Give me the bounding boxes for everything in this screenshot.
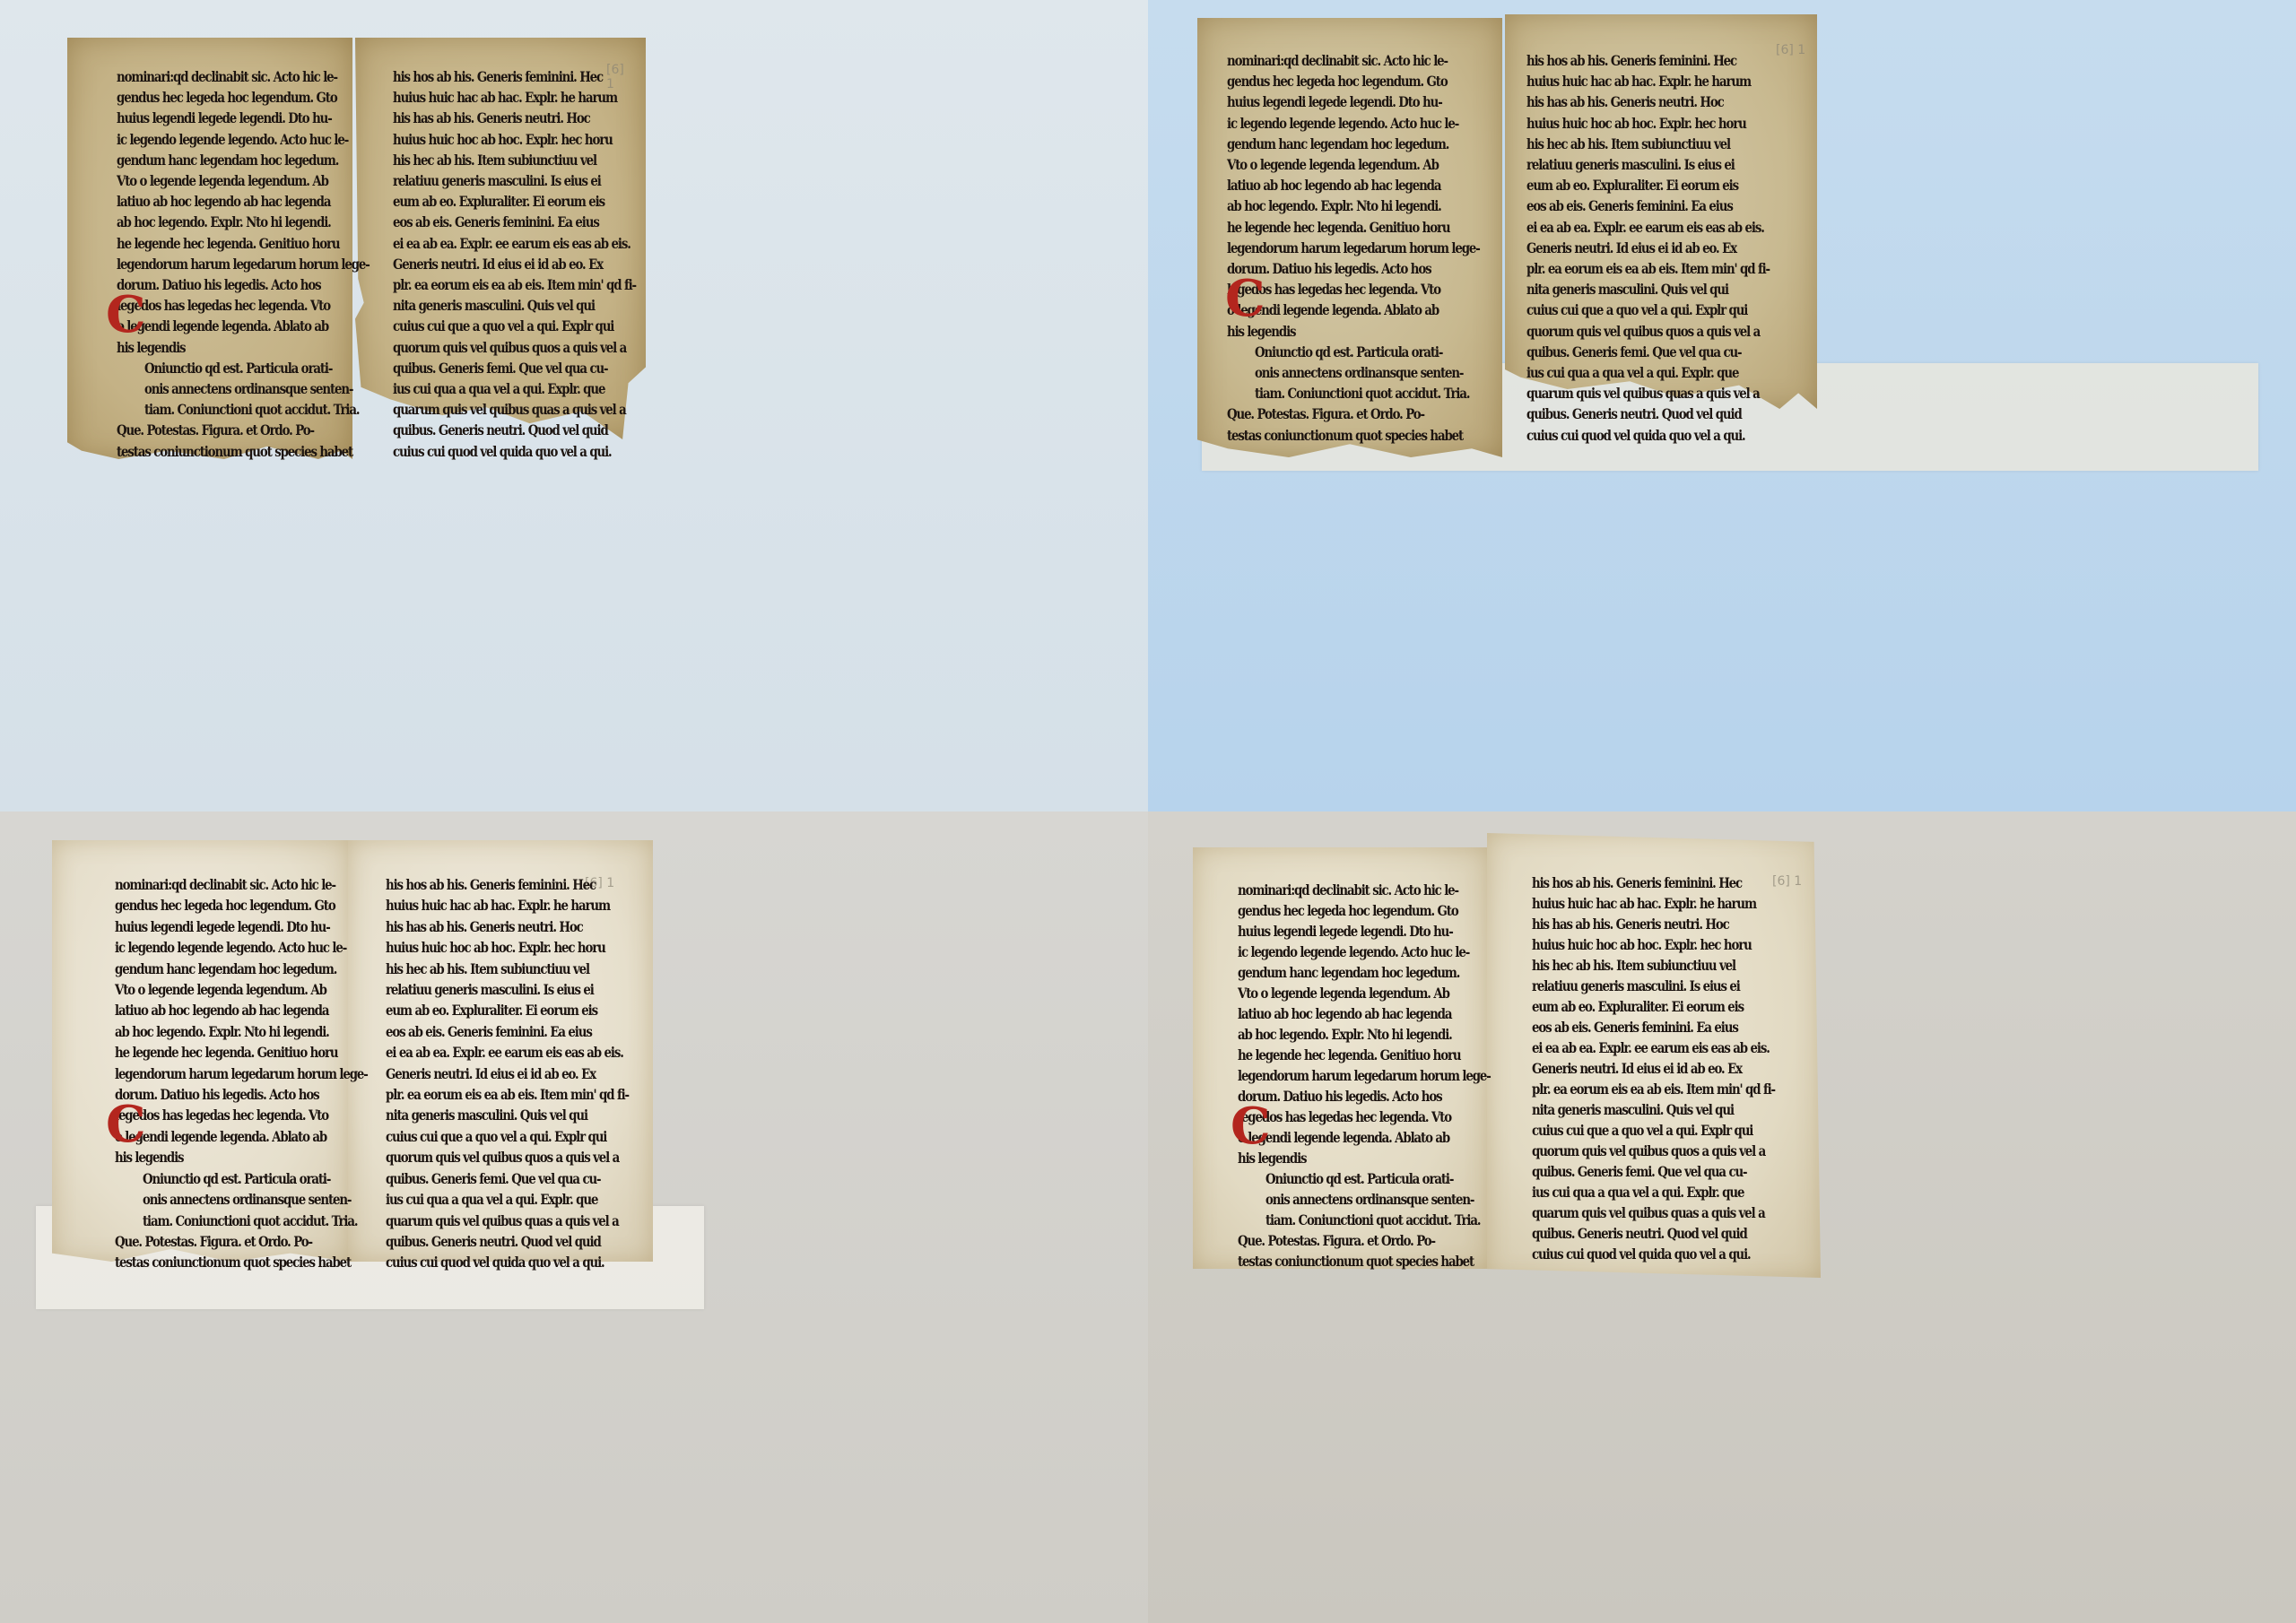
text-line: his hos ab his. Generis feminini. Hec	[393, 66, 636, 87]
text-line: eos ab eis. Generis feminini. Ea eius	[1526, 195, 1770, 216]
text-line: o legendi legende legenda. Ablato ab	[117, 316, 370, 336]
text-line: onis annectens ordinansque senten-	[117, 378, 370, 399]
folio-mark: [6] 1	[1776, 43, 1805, 57]
text-line: ei ea ab ea. Explr. ee earum eis eas ab …	[393, 233, 636, 254]
text-line: gendus hec legeda hoc legendum. Gto	[117, 87, 370, 108]
text-line: o legendi legende legenda. Ablato ab	[1238, 1127, 1491, 1148]
illuminated-initial: C	[106, 285, 146, 344]
text-line: quibus. Generis neutri. Quod vel quid	[386, 1231, 629, 1252]
text-line: cuius cui que a quo vel a qui. Explr qui	[1532, 1120, 1775, 1141]
text-line: Vto o legende legenda legendum. Ab	[1238, 983, 1491, 1003]
text-line: dorum. Datiuo his legedis. Acto hos	[1238, 1086, 1491, 1107]
text-line: gendus hec legeda hoc legendum. Gto	[115, 895, 368, 916]
text-line: nominari:qd declinabit sic. Acto hic le-	[1238, 880, 1491, 900]
text-line: ab hoc legendo. Explr. Nto hi legendi.	[1238, 1024, 1491, 1045]
text-line: eum ab eo. Expluraliter. Ei eorum eis	[1526, 175, 1770, 195]
text-line: legendorum harum legedarum horum lege-	[1238, 1065, 1491, 1086]
text-line: his legendis	[1238, 1148, 1491, 1168]
text-line: eos ab eis. Generis feminini. Ea eius	[1532, 1017, 1775, 1037]
text-line: latiuo ab hoc legendo ab hac legenda	[1227, 175, 1480, 195]
text-line: huius legendi legede legendi. Dto hu-	[117, 108, 370, 128]
text-line: testas coniunctionum quot species habet	[117, 441, 370, 462]
illuminated-initial: C	[1231, 1097, 1271, 1156]
text-line: cuius cui que a quo vel a qui. Explr qui	[386, 1126, 629, 1147]
text-line: relatiuu generis masculini. Is eius ei	[386, 979, 629, 1000]
text-line: quorum quis vel quibus quos a quis vel a	[393, 337, 636, 358]
text-line: cuius cui quod vel quida quo vel a qui.	[1526, 425, 1770, 446]
text-line: ab hoc legendo. Explr. Nto hi legendi.	[117, 212, 370, 232]
text-line: Generis neutri. Id eius ei id ab eo. Ex	[1526, 238, 1770, 258]
text-line: relatiuu generis masculini. Is eius ei	[1532, 976, 1775, 996]
text-line: Vto o legende legenda legendum. Ab	[1227, 154, 1480, 175]
text-line: Vto o legende legenda legendum. Ab	[115, 979, 368, 1000]
left-text-column: nominari:qd declinabit sic. Acto hic le-…	[115, 874, 368, 1273]
text-line: his hec ab his. Item subiunctiuu vel	[1526, 134, 1770, 154]
text-line: his hos ab his. Generis feminini. Hec	[1532, 872, 1775, 893]
text-line: quibus. Generis femi. Que vel qua cu-	[386, 1168, 629, 1189]
text-line: huius huic hac ab hac. Explr. he harum	[1526, 71, 1770, 91]
text-line: quibus. Generis neutri. Quod vel quid	[1526, 404, 1770, 424]
text-line: relatiuu generis masculini. Is eius ei	[393, 170, 636, 191]
text-line: his legendis	[115, 1147, 368, 1167]
text-line: ei ea ab ea. Explr. ee earum eis eas ab …	[1526, 217, 1770, 238]
text-line: he legende hec legenda. Genitiuo horu	[115, 1042, 368, 1063]
text-line: quorum quis vel quibus quos a quis vel a	[386, 1147, 629, 1167]
text-line: gendum hanc legendam hoc legedum.	[117, 150, 370, 170]
text-line: quorum quis vel quibus quos a quis vel a	[1526, 321, 1770, 342]
text-line: dorum. Datiuo his legedis. Acto hos	[117, 274, 370, 295]
text-line: nita generis masculini. Quis vel qui	[386, 1105, 629, 1125]
text-line: plr. ea eorum eis ea ab eis. Item min' q…	[1532, 1079, 1775, 1099]
text-line: huius huic hac ab hac. Explr. he harum	[386, 895, 629, 916]
text-line: legendorum harum legedarum horum lege-	[117, 254, 370, 274]
text-line: nominari:qd declinabit sic. Acto hic le-	[115, 874, 368, 895]
text-line: legedos has legedas hec legenda. Vto	[115, 1105, 368, 1125]
text-line: ius cui qua a qua vel a qui. Explr. que	[1532, 1182, 1775, 1202]
text-line: cuius cui quod vel quida quo vel a qui.	[393, 441, 636, 462]
text-line: testas coniunctionum quot species habet	[1227, 425, 1480, 446]
text-line: his hec ab his. Item subiunctiuu vel	[393, 150, 636, 170]
text-line: eos ab eis. Generis feminini. Ea eius	[393, 212, 636, 232]
left-text-column: nominari:qd declinabit sic. Acto hic le-…	[1227, 50, 1480, 446]
text-line: ius cui qua a qua vel a qui. Explr. que	[393, 378, 636, 399]
text-line: Generis neutri. Id eius ei id ab eo. Ex	[393, 254, 636, 274]
text-line: cuius cui que a quo vel a qui. Explr qui	[393, 316, 636, 336]
text-line: cuius cui quod vel quida quo vel a qui.	[386, 1252, 629, 1272]
text-line: ab hoc legendo. Explr. Nto hi legendi.	[1227, 195, 1480, 216]
text-line: nita generis masculini. Quis vel qui	[1526, 279, 1770, 299]
right-text-column: his hos ab his. Generis feminini. Hechui…	[1532, 872, 1775, 1264]
text-line: huius legendi legede legendi. Dto hu-	[115, 916, 368, 937]
photo-panel-during: [6] 1 nominari:qd declinabit sic. Acto h…	[1148, 0, 2296, 811]
text-line: legendorum harum legedarum horum lege-	[1227, 238, 1480, 258]
text-line: ius cui qua a qua vel a qui. Explr. que	[1526, 362, 1770, 383]
left-text-column: nominari:qd declinabit sic. Acto hic le-…	[117, 66, 370, 462]
text-line: nominari:qd declinabit sic. Acto hic le-	[117, 66, 370, 87]
text-line: gendus hec legeda hoc legendum. Gto	[1238, 900, 1491, 921]
text-line: his hos ab his. Generis feminini. Hec	[1526, 50, 1770, 71]
text-line: Oniunctio qd est. Particula orati-	[117, 358, 370, 378]
text-line: plr. ea eorum eis ea ab eis. Item min' q…	[1526, 258, 1770, 279]
text-line: onis annectens ordinansque senten-	[1238, 1189, 1491, 1210]
text-line: relatiuu generis masculini. Is eius ei	[1526, 154, 1770, 175]
text-line: quibus. Generis femi. Que vel qua cu-	[1526, 342, 1770, 362]
text-line: legedos has legedas hec legenda. Vto	[117, 295, 370, 316]
text-line: huius huic hac ab hac. Explr. he harum	[393, 87, 636, 108]
text-line: his has ab his. Generis neutri. Hoc	[386, 916, 629, 937]
text-line: Oniunctio qd est. Particula orati-	[1238, 1168, 1491, 1189]
text-line: onis annectens ordinansque senten-	[1227, 362, 1480, 383]
text-line: quarum quis vel quibus quas a quis vel a	[393, 399, 636, 420]
text-line: huius huic hoc ab hoc. Explr. hec horu	[1526, 113, 1770, 134]
text-line: Oniunctio qd est. Particula orati-	[1227, 342, 1480, 362]
text-line: gendum hanc legendam hoc legedum.	[115, 959, 368, 979]
text-line: quarum quis vel quibus quas a quis vel a	[1532, 1202, 1775, 1223]
text-line: ic legendo legende legendo. Acto huc le-	[1238, 942, 1491, 962]
left-text-column: nominari:qd declinabit sic. Acto hic le-…	[1238, 880, 1491, 1271]
text-line: quibus. Generis neutri. Quod vel quid	[1532, 1223, 1775, 1244]
text-line: his hec ab his. Item subiunctiuu vel	[386, 959, 629, 979]
text-line: cuius cui quod vel quida quo vel a qui.	[1532, 1244, 1775, 1264]
text-line: gendum hanc legendam hoc legedum.	[1238, 962, 1491, 983]
text-line: he legende hec legenda. Genitiuo horu	[117, 233, 370, 254]
text-line: his has ab his. Generis neutri. Hoc	[393, 108, 636, 128]
text-line: nita generis masculini. Quis vel qui	[1532, 1099, 1775, 1120]
text-line: huius huic hoc ab hoc. Explr. hec horu	[1532, 934, 1775, 955]
text-line: nominari:qd declinabit sic. Acto hic le-	[1227, 50, 1480, 71]
text-line: quibus. Generis femi. Que vel qua cu-	[1532, 1161, 1775, 1182]
text-line: quibus. Generis femi. Que vel qua cu-	[393, 358, 636, 378]
text-line: gendum hanc legendam hoc legedum.	[1227, 134, 1480, 154]
text-line: quarum quis vel quibus quas a quis vel a	[1526, 383, 1770, 404]
text-line: huius legendi legede legendi. Dto hu-	[1227, 91, 1480, 112]
text-line: onis annectens ordinansque senten-	[115, 1189, 368, 1210]
text-line: tiam. Coniunctioni quot accidut. Tria.	[117, 399, 370, 420]
text-line: cuius cui que a quo vel a qui. Explr qui	[1526, 299, 1770, 320]
text-line: ic legendo legende legendo. Acto huc le-	[115, 937, 368, 958]
text-line: eos ab eis. Generis feminini. Ea eius	[386, 1021, 629, 1042]
text-line: Que. Potestas. Figura. et Ordo. Po-	[117, 420, 370, 440]
text-line: huius huic hac ab hac. Explr. he harum	[1532, 893, 1775, 914]
text-line: his has ab his. Generis neutri. Hoc	[1532, 914, 1775, 934]
photo-panel-before: [6] 1 nominari:qd declinabit sic. Acto h…	[0, 0, 1148, 811]
text-line: his hec ab his. Item subiunctiuu vel	[1532, 955, 1775, 976]
text-line: his has ab his. Generis neutri. Hoc	[1526, 91, 1770, 112]
text-line: Que. Potestas. Figura. et Ordo. Po-	[1227, 404, 1480, 424]
text-line: eum ab eo. Expluraliter. Ei eorum eis	[393, 191, 636, 212]
right-text-column: his hos ab his. Generis feminini. Hechui…	[386, 874, 629, 1273]
text-line: latiuo ab hoc legendo ab hac legenda	[117, 191, 370, 212]
text-line: eum ab eo. Expluraliter. Ei eorum eis	[1532, 996, 1775, 1017]
right-text-column: his hos ab his. Generis feminini. Hechui…	[393, 66, 636, 462]
text-line: tiam. Coniunctioni quot accidut. Tria.	[1227, 383, 1480, 404]
text-line: Generis neutri. Id eius ei id ab eo. Ex	[1532, 1058, 1775, 1079]
text-line: huius huic hoc ab hoc. Explr. hec horu	[393, 129, 636, 150]
text-line: legendorum harum legedarum horum lege-	[115, 1063, 368, 1084]
text-line: gendus hec legeda hoc legendum. Gto	[1227, 71, 1480, 91]
text-line: tiam. Coniunctioni quot accidut. Tria.	[115, 1211, 368, 1231]
text-line: Generis neutri. Id eius ei id ab eo. Ex	[386, 1063, 629, 1084]
text-line: huius legendi legede legendi. Dto hu-	[1238, 921, 1491, 942]
photo-panel-after: [6] 1 nominari:qd declinabit sic. Acto h…	[1148, 811, 2296, 1623]
text-line: legedos has legedas hec legenda. Vto	[1238, 1107, 1491, 1127]
text-line: testas coniunctionum quot species habet	[1238, 1251, 1491, 1271]
text-line: huius huic hoc ab hoc. Explr. hec horu	[386, 937, 629, 958]
text-line: Oniunctio qd est. Particula orati-	[115, 1168, 368, 1189]
text-line: quibus. Generis neutri. Quod vel quid	[393, 420, 636, 440]
right-text-column: his hos ab his. Generis feminini. Hechui…	[1526, 50, 1770, 446]
text-line: Vto o legende legenda legendum. Ab	[117, 170, 370, 191]
text-line: tiam. Coniunctioni quot accidut. Tria.	[1238, 1210, 1491, 1230]
text-line: latiuo ab hoc legendo ab hac legenda	[1238, 1003, 1491, 1024]
text-line: he legende hec legenda. Genitiuo horu	[1238, 1045, 1491, 1065]
text-line: ab hoc legendo. Explr. Nto hi legendi.	[115, 1021, 368, 1042]
text-line: plr. ea eorum eis ea ab eis. Item min' q…	[393, 274, 636, 295]
text-line: ic legendo legende legendo. Acto huc le-	[1227, 113, 1480, 134]
text-line: ius cui qua a qua vel a qui. Explr. que	[386, 1189, 629, 1210]
text-line: plr. ea eorum eis ea ab eis. Item min' q…	[386, 1084, 629, 1105]
text-line: latiuo ab hoc legendo ab hac legenda	[115, 1000, 368, 1020]
text-line: Que. Potestas. Figura. et Ordo. Po-	[1238, 1230, 1491, 1251]
text-line: quorum quis vel quibus quos a quis vel a	[1532, 1141, 1775, 1161]
text-line: Que. Potestas. Figura. et Ordo. Po-	[115, 1231, 368, 1252]
text-line: quarum quis vel quibus quas a quis vel a	[386, 1211, 629, 1231]
text-line: eum ab eo. Expluraliter. Ei eorum eis	[386, 1000, 629, 1020]
text-line: nita generis masculini. Quis vel qui	[393, 295, 636, 316]
text-line: o legendi legende legenda. Ablato ab	[115, 1126, 368, 1147]
text-line: ei ea ab ea. Explr. ee earum eis eas ab …	[386, 1042, 629, 1063]
illuminated-initial: C	[1225, 269, 1265, 328]
photo-panel-cleaned: [6] 1 nominari:qd declinabit sic. Acto h…	[0, 811, 1148, 1623]
illuminated-initial: C	[106, 1095, 146, 1154]
text-line: ei ea ab ea. Explr. ee earum eis eas ab …	[1532, 1037, 1775, 1058]
text-line: he legende hec legenda. Genitiuo horu	[1227, 217, 1480, 238]
text-line: ic legendo legende legendo. Acto huc le-	[117, 129, 370, 150]
text-line: dorum. Datiuo his legedis. Acto hos	[115, 1084, 368, 1105]
text-line: testas coniunctionum quot species habet	[115, 1252, 368, 1272]
text-line: his legendis	[117, 337, 370, 358]
text-line: his hos ab his. Generis feminini. Hec	[386, 874, 629, 895]
folio-mark: [6] 1	[1772, 874, 1802, 889]
